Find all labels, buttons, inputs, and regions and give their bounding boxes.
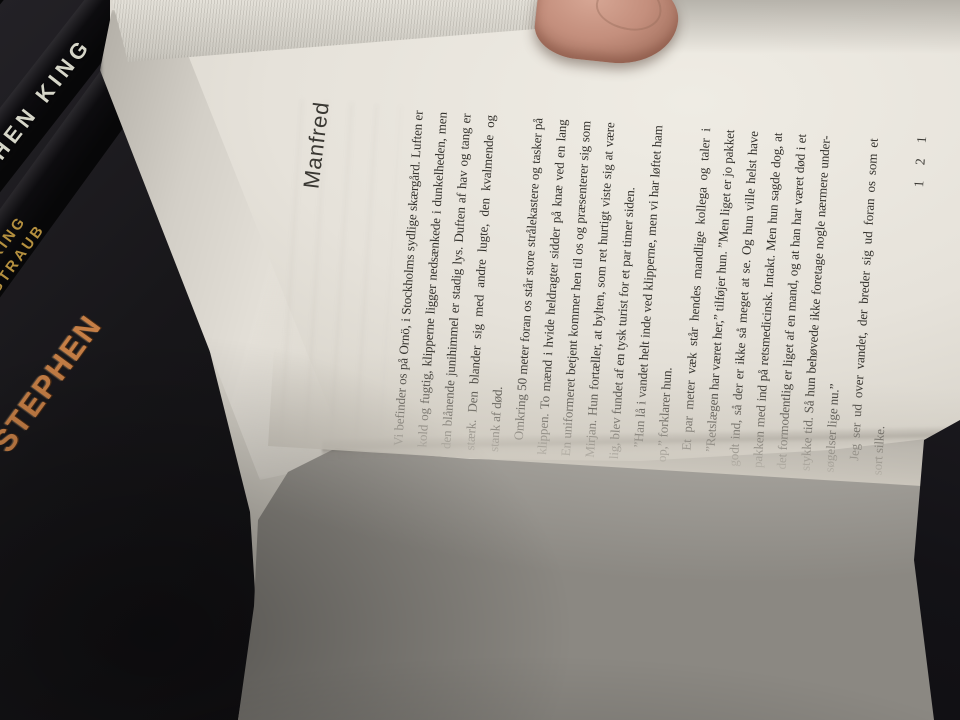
spine-text: STEPHEN bbox=[0, 308, 109, 459]
photo-open-book: STEPHEN KING Mo STEPHEN KING STEPHEN KIN… bbox=[0, 0, 960, 720]
printed-page-content: Manfred Vi befinder os på Ornö, i Stockh… bbox=[268, 91, 960, 494]
page-number: 1 2 1 bbox=[911, 130, 930, 188]
body-text: Vi befinder os på Ornö, i Stockholms syd… bbox=[386, 110, 910, 476]
spine-king-straub: STEPHEN KINGPETER STRAUB bbox=[0, 208, 50, 355]
